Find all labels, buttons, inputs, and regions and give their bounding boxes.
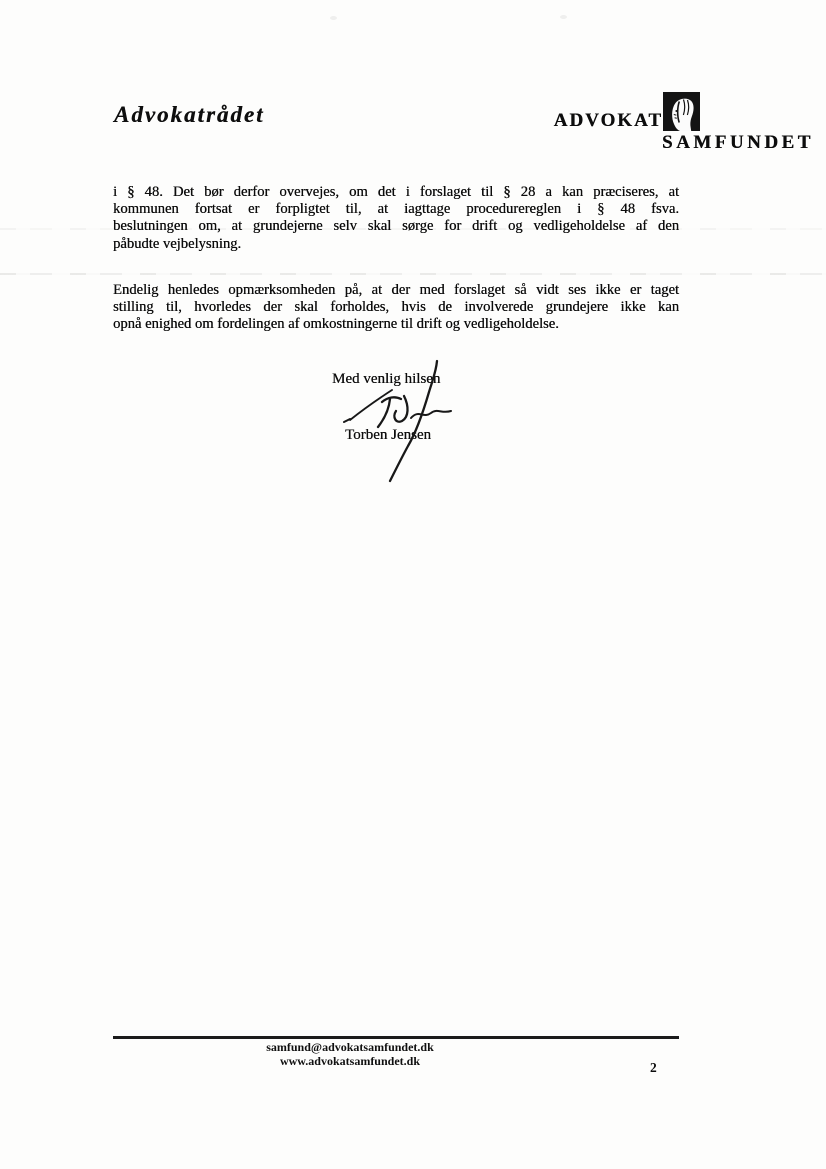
text-line: opnå enighed om fordelingen af omkostnin… xyxy=(113,316,679,333)
scan-speck xyxy=(560,15,567,19)
text-line: beslutningen om, at grundejerne selv ska… xyxy=(113,218,679,235)
footer-email: samfund@advokatsamfundet.dk xyxy=(113,1040,587,1054)
scanned-letter-page: Advokatrådet ADVOKAT SAMFUNDET i § 48. D… xyxy=(0,0,826,1169)
footer-website: www.advokatsamfundet.dk xyxy=(113,1054,587,1068)
footer-rule xyxy=(113,1036,679,1039)
footer-contact-block: samfund@advokatsamfundet.dk www.advokats… xyxy=(113,1040,587,1068)
sender-name: Advokatrådet xyxy=(114,103,265,126)
text-line: i § 48. Det bør derfor overvejes, om det… xyxy=(113,184,679,201)
letter-paragraph: i § 48. Det bør derfor overvejes, om det… xyxy=(113,184,679,253)
scan-artifact-line xyxy=(0,273,826,275)
text-line: Endelig henledes opmærksomheden på, at d… xyxy=(113,282,679,299)
text-line: påbudte vejbelysning. xyxy=(113,236,679,253)
logo-wordmark-advokat: ADVOKAT xyxy=(554,111,663,130)
text-line: kommunen fortsat er forpligtet til, at i… xyxy=(113,201,679,218)
letter-paragraph: Endelig henledes opmærksomheden på, at d… xyxy=(113,282,679,334)
page-number: 2 xyxy=(650,1060,657,1076)
scan-speck xyxy=(330,16,337,20)
logo-wordmark-samfundet: SAMFUNDET xyxy=(662,133,814,152)
scan-artifact-line xyxy=(0,228,826,230)
handwritten-signature xyxy=(330,356,470,488)
athena-helmet-logo-icon xyxy=(663,92,700,131)
text-line: stilling til, hvorledes der skal forhold… xyxy=(113,299,679,316)
